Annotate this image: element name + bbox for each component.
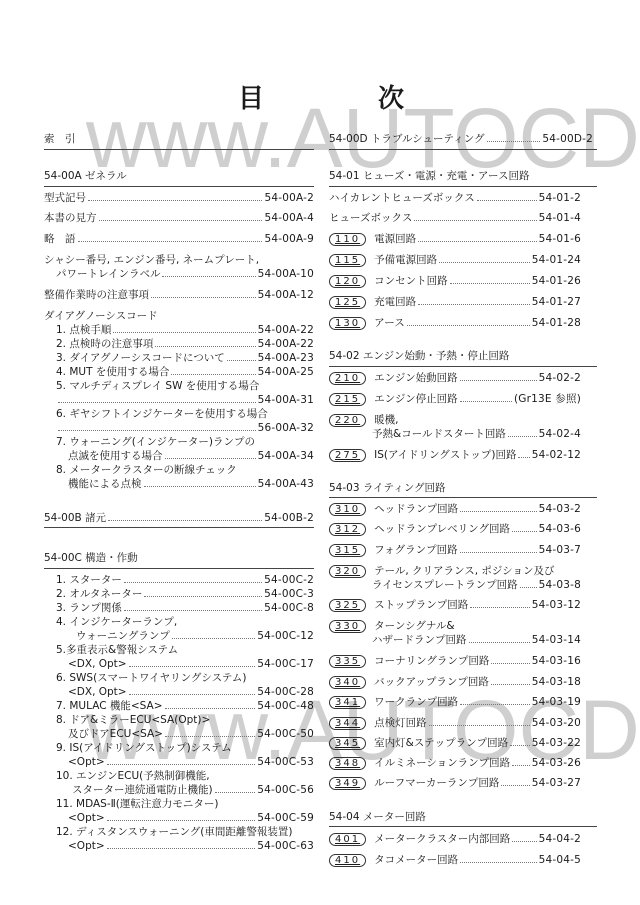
toc-entry-line1: 4. インジケーターランプ, (56, 615, 177, 629)
toc-entry-line1: 12. ディスタンスウォーニング(車間距離警報装置) (56, 825, 292, 839)
section-heading-54-02: 54-02 エンジン始動・予熱・停止回路 (329, 349, 509, 363)
page-ref: 54-00A-23 (258, 351, 314, 365)
toc-entry[interactable]: 7. MULAC 機能<SA>54-00C-48 (56, 699, 314, 713)
toc-entry[interactable]: 410タコメーター回路54-04-5 (329, 853, 581, 867)
page-ref: 54-00A-4 (264, 211, 314, 225)
page-ref: 54-03-14 (532, 633, 581, 647)
page-ref: 54-00A-34 (258, 449, 314, 463)
toc-entry[interactable]: 整備作業時の注意事項54-00A-12 (44, 288, 314, 302)
page-ref: 54-00C-8 (264, 601, 314, 615)
toc-entry[interactable]: 344点検灯回路54-03-20 (329, 716, 581, 730)
circuit-code-badge: 310 (329, 503, 366, 516)
toc-entry[interactable]: 型式記号54-00A-2 (44, 191, 314, 205)
toc-entry[interactable]: スターター連続通電防止機能)54-00C-56 (72, 783, 314, 797)
toc-entry[interactable]: 機能による点検54-00A-43 (68, 477, 314, 491)
page-ref: 54-02-12 (532, 448, 581, 462)
circuit-code-badge: 215 (329, 393, 366, 406)
divider (329, 149, 597, 150)
page-ref: 54-03-8 (539, 578, 581, 592)
toc-entry[interactable]: ヒューズボックス54-01-4 (329, 211, 581, 225)
page-ref: 54-03-26 (532, 756, 581, 770)
toc-entry-line1: 6. ギヤシフトインジケーターを使用する場合 (56, 407, 268, 421)
page-ref: 54-00C-63 (257, 839, 314, 853)
toc-entry-line1: 10. エンジンECU(予熱制御機能, (56, 769, 210, 783)
toc-entry[interactable]: <Opt>54-00C-53 (68, 755, 314, 769)
page-ref: 54-00A-10 (258, 267, 314, 281)
toc-entry[interactable]: 275IS(アイドリングストップ)回路54-02-12 (329, 448, 581, 462)
toc-entry[interactable]: 315フォグランプ回路54-03-7 (329, 543, 581, 557)
toc-entry-line1: 8. ドア&ミラーECU<SA(Opt)> (56, 713, 210, 727)
page-ref: 54-00A-9 (264, 232, 314, 246)
title-char-2: 次 (378, 78, 404, 115)
index-heading[interactable]: 索 引 (44, 132, 76, 146)
section-heading-54-01: 54-01 ヒューズ・電源・充電・アース回路 (329, 169, 529, 183)
circuit-code-badge: 312 (329, 523, 366, 536)
divider (329, 366, 597, 367)
section-heading-54-03: 54-03 ライティング回路 (329, 481, 445, 495)
circuit-code-badge: 348 (329, 757, 366, 770)
circuit-code-badge: 344 (329, 717, 366, 730)
toc-entry[interactable]: <DX, Opt>54-00C-28 (68, 685, 314, 699)
page-ref: 54-01-4 (539, 211, 581, 225)
toc-entry[interactable]: 210エンジン始動回路54-02-2 (329, 371, 581, 385)
page-ref: 54-01-24 (532, 253, 581, 267)
page-ref: 54-03-22 (532, 736, 581, 750)
divider (44, 149, 314, 150)
page-ref: 54-03-7 (539, 543, 581, 557)
toc-entry[interactable]: 310ヘッドランプ回路54-03-2 (329, 502, 581, 516)
page-ref: 54-01-6 (539, 232, 581, 246)
circuit-code-badge: 340 (329, 676, 366, 689)
toc-entry[interactable]: ハザードランプ回路54-03-14 (372, 633, 581, 647)
page-ref: 54-04-5 (539, 853, 581, 867)
page-ref: 54-00C-28 (257, 685, 314, 699)
divider (44, 186, 314, 187)
toc-entry[interactable]: ウォーニングランプ54-00C-12 (76, 629, 314, 643)
toc-entry[interactable]: 及びドアECU<SA>54-00C-50 (68, 727, 314, 741)
circuit-code-badge: 349 (329, 777, 366, 790)
toc-entry[interactable]: 略 語54-00A-9 (44, 232, 314, 246)
toc-entry-line1: 5.多重表示&警報システム (56, 643, 178, 657)
toc-entry[interactable]: 4. MUT を使用する場合54-00A-25 (56, 365, 314, 379)
page-ref: 54-04-2 (539, 832, 581, 846)
circuit-code-badge: 320 (329, 565, 366, 578)
divider (329, 186, 597, 187)
page-ref: 54-00C-56 (257, 783, 314, 797)
page-ref: 54-00A-31 (258, 393, 314, 407)
toc-entry[interactable]: 115予備電源回路54-01-24 (329, 253, 581, 267)
page-ref: 54-00B-2 (264, 511, 314, 525)
toc-entry[interactable]: ライセンスプレートランプ回路54-03-8 (372, 578, 581, 592)
page-ref: 54-03-27 (532, 776, 581, 790)
page-ref: 54-03-16 (532, 654, 581, 668)
toc-entry[interactable]: 1. 点検手順54-00A-22 (56, 323, 314, 337)
toc-entry[interactable]: 3. ランプ関係54-00C-8 (56, 601, 314, 615)
page-ref: 54-00C-48 (257, 699, 314, 713)
toc-entry-line1: 9. IS(アイドリングストップ)システム (56, 741, 232, 755)
divider (329, 826, 597, 827)
toc-entry[interactable]: 予熱&コールドスタート回路54-02-4 (372, 427, 581, 441)
page-ref: 56-00A-32 (258, 421, 314, 435)
toc-entry[interactable]: パワートレインラベル54-00A-10 (56, 267, 314, 281)
toc-entry[interactable]: <DX, Opt>54-00C-17 (68, 657, 314, 671)
toc-entry[interactable]: 2. オルタネーター54-00C-3 (56, 587, 314, 601)
circuit-code-badge: 125 (329, 296, 366, 309)
subsection-heading-diagnosis: ダイアグノーシスコード (44, 309, 158, 323)
circuit-code-badge: 315 (329, 544, 366, 557)
toc-entry[interactable]: 341ワークランプ回路54-03-19 (329, 695, 581, 709)
divider (44, 568, 314, 569)
page-ref: 54-03-18 (532, 675, 581, 689)
page-ref: (Gr13E 参照) (514, 392, 581, 406)
toc-entry[interactable]: 120コンセント回路54-01-26 (329, 274, 581, 288)
page-ref: 54-00A-2 (264, 191, 314, 205)
page-ref: 54-00C-2 (264, 573, 314, 587)
circuit-code-badge: 410 (329, 854, 366, 867)
toc-entry[interactable]: <Opt>54-00C-63 (68, 839, 314, 853)
toc-entry[interactable]: 3. ダイアグノーシスコードについて54-00A-23 (56, 351, 314, 365)
page-ref: 54-00D-2 (542, 132, 593, 146)
page-ref: 54-03-6 (539, 522, 581, 536)
section-entry-54-00d[interactable]: 54-00D トラブルシューティング54-00D-2 (329, 132, 593, 146)
divider (329, 497, 597, 498)
circuit-code-badge: 335 (329, 655, 366, 668)
page-ref: 54-00C-53 (257, 755, 314, 769)
toc-entry[interactable]: ハイカレントヒューズボックス54-01-2 (329, 191, 581, 205)
page-ref: 54-00A-22 (258, 323, 314, 337)
toc-entry[interactable]: 325ストップランプ回路54-03-12 (329, 598, 581, 612)
page-ref: 54-00C-50 (257, 727, 314, 741)
circuit-code-badge: 210 (329, 372, 366, 385)
toc-entry-line1: 5. マルチディスプレイ SW を使用する場合 (56, 379, 259, 393)
circuit-code-badge: 345 (329, 737, 366, 750)
page-ref: 54-03-20 (532, 716, 581, 730)
toc-entry[interactable]: 点滅を使用する場合54-00A-34 (68, 449, 314, 463)
circuit-code-badge: 330 (329, 620, 366, 633)
toc-entry-line1: 320テール, クリアランス, ポジション及び (329, 564, 581, 578)
toc-entry[interactable]: 348イルミネーションランプ回路54-03-26 (329, 756, 581, 770)
toc-entry[interactable]: 130アース54-01-28 (329, 316, 581, 330)
page-ref: 54-00A-22 (258, 337, 314, 351)
toc-entry[interactable]: 110電源回路54-01-6 (329, 232, 581, 246)
page-ref: 54-01-28 (532, 316, 581, 330)
divider (44, 527, 314, 528)
circuit-code-badge: 325 (329, 599, 366, 612)
toc-entry-line1: 11. MDAS-Ⅱ(運転注意力モニター) (56, 797, 219, 811)
page-ref: 54-03-2 (539, 502, 581, 516)
page-ref: 54-00A-43 (258, 477, 314, 491)
page-ref: 54-03-19 (532, 695, 581, 709)
toc-entry[interactable]: 312ヘッドランプレベリング回路54-03-6 (329, 522, 581, 536)
toc-entry[interactable]: 本書の見方54-00A-4 (44, 211, 314, 225)
page-ref: 54-00C-59 (257, 811, 314, 825)
toc-entry-line1: シャシー番号, エンジン番号, ネームプレート, (44, 253, 259, 267)
page-ref: 54-01-2 (539, 191, 581, 205)
circuit-code-badge: 275 (329, 449, 366, 462)
toc-entry[interactable]: 54-00A-31 (56, 393, 314, 407)
toc-entry[interactable]: 125充電回路54-01-27 (329, 295, 581, 309)
toc-entry[interactable]: 2. 点検時の注意事項54-00A-22 (56, 337, 314, 351)
page-ref: 54-00A-12 (258, 288, 314, 302)
toc-entry[interactable]: 401メータークラスター内部回路54-04-2 (329, 832, 581, 846)
circuit-code-badge: 341 (329, 696, 366, 709)
toc-entry[interactable]: <Opt>54-00C-59 (68, 811, 314, 825)
toc-entry[interactable]: 215エンジン停止回路(Gr13E 参照) (329, 392, 581, 406)
page-ref: 54-00C-17 (257, 657, 314, 671)
toc-entry[interactable]: 1. スターター54-00C-2 (56, 573, 314, 587)
page-ref: 54-00C-12 (257, 629, 314, 643)
section-entry-54-00b[interactable]: 54-00B 諸元54-00B-2 (44, 511, 314, 525)
toc-entry-line1: 220暖機, (329, 413, 581, 427)
circuit-code-badge: 110 (329, 233, 366, 246)
title-char-1: 目 (238, 78, 264, 115)
toc-entry[interactable]: 345室内灯&ステップランプ回路54-03-22 (329, 736, 581, 750)
section-heading-54-00a: 54-00A ゼネラル (44, 169, 127, 183)
toc-entry-line1: 330ターンシグナル& (329, 619, 581, 633)
page-ref: 54-02-2 (539, 371, 581, 385)
circuit-code-badge: 220 (329, 414, 366, 427)
toc-entry[interactable]: 340バックアップランプ回路54-03-18 (329, 675, 581, 689)
page-ref: 54-01-26 (532, 274, 581, 288)
page-ref: 54-03-12 (532, 598, 581, 612)
toc-page: www.AUTOCD.ru www.AUTOCD.ru 目 次 索 引 54-0… (0, 0, 640, 905)
circuit-code-badge: 130 (329, 317, 366, 330)
section-heading-54-00c: 54-00C 構造・作動 (44, 551, 138, 565)
toc-entry-line1: 6. SWS(スマートワイヤリングシステム) (56, 671, 246, 685)
toc-entry-line1: 8. メータークラスターの断線チェック (56, 463, 237, 477)
circuit-code-badge: 115 (329, 254, 366, 267)
toc-entry[interactable]: 335コーナリングランプ回路54-03-16 (329, 654, 581, 668)
section-heading-54-04: 54-04 メーター回路 (329, 810, 426, 824)
page-ref: 54-02-4 (539, 427, 581, 441)
page-ref: 54-00C-3 (264, 587, 314, 601)
circuit-code-badge: 401 (329, 833, 366, 846)
toc-entry-line1: 7. ウォーニング(インジケーター)ランプの (56, 435, 255, 449)
page-ref: 54-01-27 (532, 295, 581, 309)
page-ref: 54-00A-25 (258, 365, 314, 379)
circuit-code-badge: 120 (329, 275, 366, 288)
toc-entry[interactable]: 349ルーフマーカーランプ回路54-03-27 (329, 776, 581, 790)
toc-entry[interactable]: 56-00A-32 (56, 421, 314, 435)
